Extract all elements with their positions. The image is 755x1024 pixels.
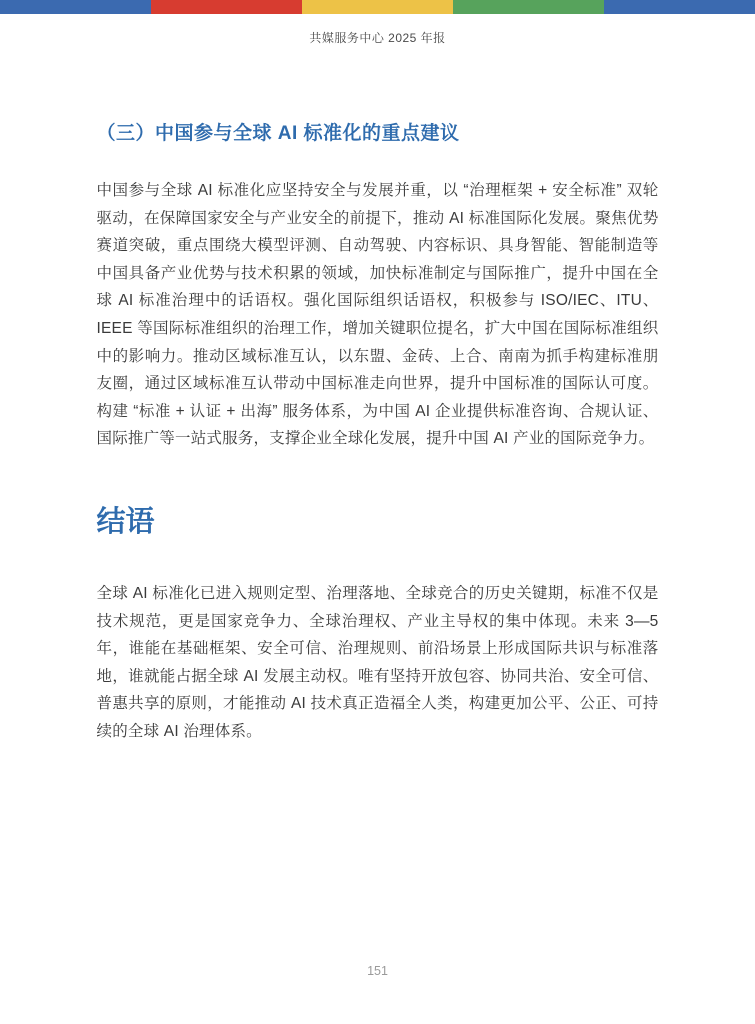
document-page: 共媒服务中心 2025 年报 （三）中国参与全球 AI 标准化的重点建议 中国参…: [0, 0, 755, 1024]
page-footer: 151: [0, 962, 755, 980]
top-bar-segment-yellow: [302, 0, 453, 14]
top-bar-segment-blue-right: [604, 0, 755, 14]
page-number: 151: [367, 964, 388, 978]
top-bar-segment-blue-left: [0, 0, 151, 14]
top-color-bar: [0, 0, 755, 14]
top-bar-segment-red: [151, 0, 302, 14]
running-header: 共媒服务中心 2025 年报: [0, 29, 755, 46]
page-content: （三）中国参与全球 AI 标准化的重点建议 中国参与全球 AI 标准化应坚持安全…: [97, 118, 659, 746]
conclusion-paragraph: 全球 AI 标准化已进入规则定型、治理落地、全球竞合的历史关键期，标准不仅是技术…: [97, 580, 659, 746]
top-bar-segment-green: [453, 0, 604, 14]
section-heading: （三）中国参与全球 AI 标准化的重点建议: [97, 118, 659, 145]
conclusion-heading: 结语: [97, 499, 659, 540]
section-paragraph: 中国参与全球 AI 标准化应坚持安全与发展并重，以 “治理框架 + 安全标准” …: [97, 177, 659, 453]
